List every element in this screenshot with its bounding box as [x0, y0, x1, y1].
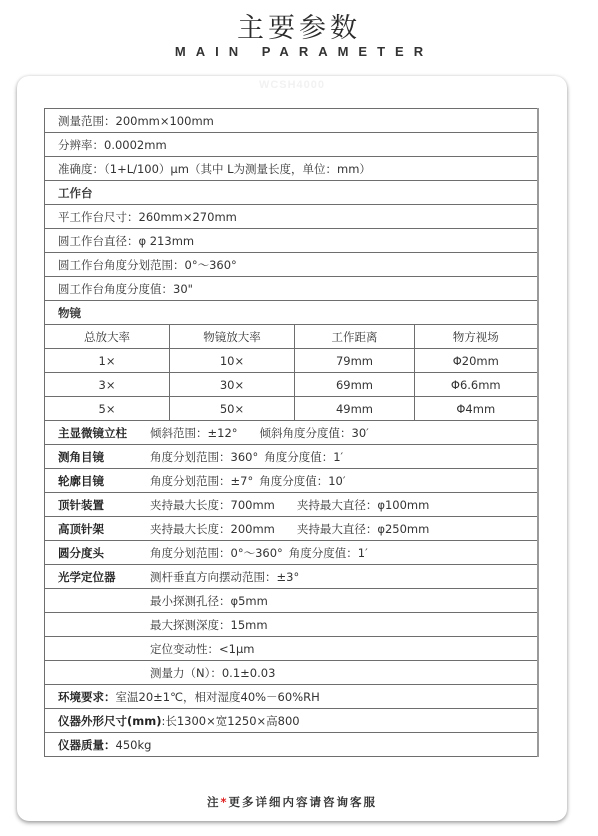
page-subtitle: MAIN PARAMETER [0, 44, 598, 59]
working-distance: 49mm [295, 397, 415, 421]
total-magnification: 5× [45, 397, 170, 421]
component-value: 最小探测孔径：φ5mm [150, 594, 268, 608]
environment-requirement: 环境要求：室温20±1℃，相对湿度40%－60%RH [45, 685, 538, 709]
parameter-table: 测量范围：200mm×100mm 分辨率：0.0002mm 准确度：（1+L/1… [44, 108, 539, 757]
table-row: 轮廓目镜角度分划范围：±7°角度分度值：10′ [45, 469, 538, 493]
round-table-angle-value: 圆工作台角度分度值：30" [45, 277, 538, 301]
row-label: 环境要求： [58, 690, 116, 704]
component-value: 倾斜角度分度值：30′ [260, 426, 369, 440]
objective-magnification: 50× [170, 397, 295, 421]
component-value: 角度分划范围：360° [150, 450, 258, 464]
component-value: 夹持最大直径：φ250mm [297, 522, 429, 536]
row-value: 450kg [116, 738, 152, 752]
table-row: 测量范围：200mm×100mm [45, 109, 538, 133]
objective-magnification: 10× [170, 349, 295, 373]
table-row: 定位变动性：<1μm [45, 637, 538, 661]
column-header: 物方视场 [415, 325, 538, 349]
component-value: 角度分划范围：±7° [150, 474, 253, 488]
table-row: 环境要求：室温20±1℃，相对湿度40%－60%RH [45, 685, 538, 709]
table-row: 准确度：（1+L/100）μm（其中 L为测量长度，单位：mm） [45, 157, 538, 181]
table-row: 平工作台尺寸：260mm×270mm [45, 205, 538, 229]
component-value: 角度分度值：1′ [264, 450, 343, 464]
component-value: 最大探测深度：15mm [150, 618, 268, 632]
center-device: 顶针装置夹持最大长度：700mm夹持最大直径：φ100mm [45, 493, 538, 517]
component-value: 角度分度值：10′ [259, 474, 345, 488]
footnote: 注*更多详细内容请咨询客服 [17, 794, 567, 810]
accuracy: 准确度：（1+L/100）μm（其中 L为测量长度，单位：mm） [45, 157, 538, 181]
model-watermark: WCSH4000 [17, 79, 567, 91]
component-value: 角度分划范围：0°～360° [150, 546, 283, 560]
high-center-frame: 高顶针架夹持最大长度：200mm夹持最大直径：φ250mm [45, 517, 538, 541]
table-row: 圆分度头角度分划范围：0°～360°角度分度值：1′ [45, 541, 538, 565]
parameter-card: WCSH4000 测量范围：200mm×100mm 分辨率：0.0002mm 准… [17, 76, 567, 821]
flat-table-size: 平工作台尺寸：260mm×270mm [45, 205, 538, 229]
table-row: 仪器质量：450kg [45, 733, 538, 757]
component-label: 光学定位器 [58, 569, 150, 585]
table-row: 物镜 [45, 301, 538, 325]
column-header: 总放大率 [45, 325, 170, 349]
page-title: 主要参数 [0, 6, 598, 45]
component-label: 测角目镜 [58, 449, 150, 465]
working-distance: 69mm [295, 373, 415, 397]
total-magnification: 3× [45, 373, 170, 397]
asterisk-icon: * [220, 795, 228, 809]
component-value: 测量力（N）：0.1±0.03 [150, 666, 275, 680]
worktable-section-heading: 工作台 [45, 181, 538, 205]
optical-locator-row: 最大探测深度：15mm [45, 613, 538, 637]
table-row: 工作台 [45, 181, 538, 205]
round-table-diameter: 圆工作台直径：φ 213mm [45, 229, 538, 253]
measure-range: 测量范围：200mm×100mm [45, 109, 538, 133]
objective-row: 1× 10× 79mm Φ20mm [45, 349, 538, 373]
optical-locator: 光学定位器测杆垂直方向摆动范围：±3° [45, 565, 538, 589]
objective-header-row: 总放大率 物镜放大率 工作距离 物方视场 [45, 325, 538, 349]
column-header: 物镜放大率 [170, 325, 295, 349]
table-row: 测量力（N）：0.1±0.03 [45, 661, 538, 685]
table-row: 圆工作台直径：φ 213mm [45, 229, 538, 253]
table-row: 高顶针架夹持最大长度：200mm夹持最大直径：φ250mm [45, 517, 538, 541]
column-header: 工作距离 [295, 325, 415, 349]
table-row: 圆工作台角度分度值：30" [45, 277, 538, 301]
total-magnification: 1× [45, 349, 170, 373]
dividing-head: 圆分度头角度分划范围：0°～360°角度分度值：1′ [45, 541, 538, 565]
table-row: 圆工作台角度分划范围：0°～360° [45, 253, 538, 277]
field-of-view: Φ6.6mm [415, 373, 538, 397]
goniometer-eyepiece: 测角目镜角度分划范围：360°角度分度值：1′ [45, 445, 538, 469]
optical-locator-row: 测量力（N）：0.1±0.03 [45, 661, 538, 685]
field-of-view: Φ20mm [415, 349, 538, 373]
optical-locator-row: 定位变动性：<1μm [45, 637, 538, 661]
instrument-dimensions: 仪器外形尺寸(mm):长1300×宽1250×高800 [45, 709, 538, 733]
objective-magnification: 30× [170, 373, 295, 397]
table-row: 测角目镜角度分划范围：360°角度分度值：1′ [45, 445, 538, 469]
component-label: 圆分度头 [58, 545, 150, 561]
instrument-weight: 仪器质量：450kg [45, 733, 538, 757]
table-row: 分辨率：0.0002mm [45, 133, 538, 157]
profile-eyepiece: 轮廓目镜角度分划范围：±7°角度分度值：10′ [45, 469, 538, 493]
table-row: 最小探测孔径：φ5mm [45, 589, 538, 613]
note-text: 更多详细内容请咨询客服 [229, 795, 378, 809]
main-microscope-column: 主显微镜立柱倾斜范围：±12°倾斜角度分度值：30′ [45, 421, 538, 445]
row-label: 仪器外形尺寸(mm) [58, 714, 161, 728]
round-table-angle-range: 圆工作台角度分划范围：0°～360° [45, 253, 538, 277]
objective-row: 3× 30× 69mm Φ6.6mm [45, 373, 538, 397]
component-value: 测杆垂直方向摆动范围：±3° [150, 570, 299, 584]
component-value: 角度分度值：1′ [289, 546, 368, 560]
component-value: 夹持最大长度：700mm [150, 498, 275, 512]
field-of-view: Φ4mm [415, 397, 538, 421]
component-value: 倾斜范围：±12° [150, 426, 238, 440]
objective-row: 5× 50× 49mm Φ4mm [45, 397, 538, 421]
table-row: 顶针装置夹持最大长度：700mm夹持最大直径：φ100mm [45, 493, 538, 517]
component-label: 轮廓目镜 [58, 473, 150, 489]
component-label: 主显微镜立柱 [58, 425, 150, 441]
row-label: 仪器质量： [58, 738, 116, 752]
row-value: 室温20±1℃，相对湿度40%－60%RH [116, 690, 320, 704]
table-row: 仪器外形尺寸(mm):长1300×宽1250×高800 [45, 709, 538, 733]
resolution: 分辨率：0.0002mm [45, 133, 538, 157]
objective-section-heading: 物镜 [45, 301, 538, 325]
row-value: :长1300×宽1250×高800 [161, 714, 299, 728]
table-row: 最大探测深度：15mm [45, 613, 538, 637]
component-label: 顶针装置 [58, 497, 150, 513]
component-label: 高顶针架 [58, 521, 150, 537]
component-value: 夹持最大直径：φ100mm [297, 498, 429, 512]
optical-locator-row: 最小探测孔径：φ5mm [45, 589, 538, 613]
component-value: 定位变动性：<1μm [150, 642, 254, 656]
note-prefix: 注 [207, 795, 221, 809]
table-row: 光学定位器测杆垂直方向摆动范围：±3° [45, 565, 538, 589]
table-row: 主显微镜立柱倾斜范围：±12°倾斜角度分度值：30′ [45, 421, 538, 445]
component-value: 夹持最大长度：200mm [150, 522, 275, 536]
working-distance: 79mm [295, 349, 415, 373]
